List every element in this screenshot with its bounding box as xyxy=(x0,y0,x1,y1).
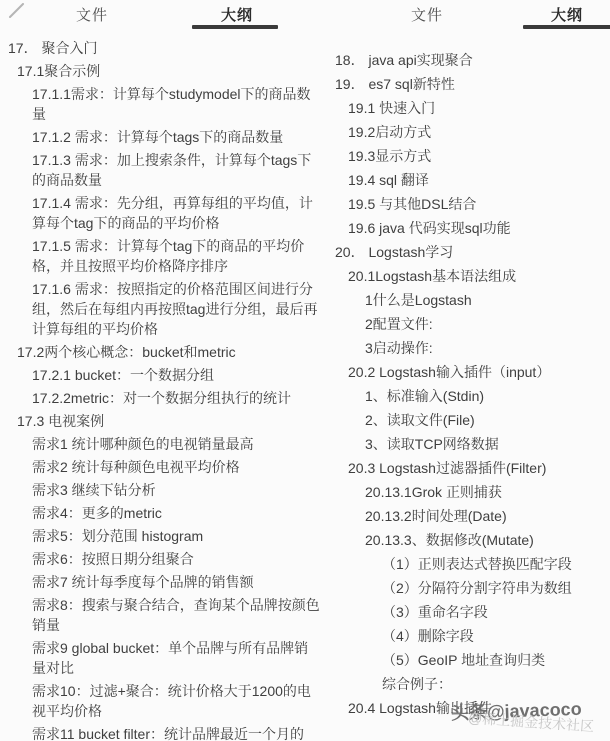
tabbar: 文件 大纲 xyxy=(305,0,610,30)
outline-item[interactable]: 20.13.2时间处理(Date) xyxy=(305,506,610,526)
outline-panel-right: 文件 大纲 18． java api实现聚合19． es7 sql新特性19.1… xyxy=(305,0,610,741)
active-tab-underline xyxy=(523,25,610,29)
outline-item[interactable]: 17.2.2metric：对一个数据分组执行的统计 xyxy=(0,388,320,408)
outline-item[interactable]: （2）分隔符分割字符串为数组 xyxy=(305,578,610,598)
outline-item[interactable]: 3启动操作: xyxy=(305,338,610,358)
outline-item[interactable]: 需求4：更多的metric xyxy=(0,503,320,523)
outline-item[interactable]: 17.3 电视案例 xyxy=(0,411,320,431)
tabbar: 文件 大纲 xyxy=(0,0,320,30)
outline-item[interactable]: 需求6：按照日期分组聚合 xyxy=(0,549,320,569)
outline-item[interactable]: 18． java api实现聚合 xyxy=(305,50,610,70)
outline-item[interactable]: 需求2 统计每种颜色电视平均价格 xyxy=(0,457,320,477)
outline-item[interactable]: （1）正则表达式替换匹配字段 xyxy=(305,554,610,574)
outline-item[interactable]: 需求1 统计哪种颜色的电视销量最高 xyxy=(0,434,320,454)
outline-item[interactable]: 需求5：划分范围 histogram xyxy=(0,526,320,546)
outline-item[interactable]: 2配置文件: xyxy=(305,314,610,334)
outline-item[interactable]: 19.1 快速入门 xyxy=(305,98,610,118)
outline-item[interactable]: 20.4 Logstash输出插件 xyxy=(305,698,610,718)
tab-outline[interactable]: 大纲 xyxy=(221,4,253,25)
outline-item[interactable]: 17.1.3 需求：加上搜索条件，计算每个tags下的商品数量 xyxy=(0,150,320,190)
outline-item[interactable]: 17.1.5 需求：计算每个tag下的商品的平均价格，并且按照平均价格降序排序 xyxy=(0,236,320,276)
outline-item[interactable]: （5）GeoIP 地址查询归类 xyxy=(305,650,610,670)
tab-file[interactable]: 文件 xyxy=(411,4,443,25)
outline-list: 17． 聚合入门17.1聚合示例17.1.1需求：计算每个studymodel下… xyxy=(0,30,320,741)
outline-item[interactable]: （4）删除字段 xyxy=(305,626,610,646)
outline-item[interactable]: 2、读取文件(File) xyxy=(305,410,610,430)
tab-file[interactable]: 文件 xyxy=(76,4,108,25)
tab-outline[interactable]: 大纲 xyxy=(551,4,583,25)
outline-list: 18． java api实现聚合19． es7 sql新特性19.1 快速入门1… xyxy=(305,30,610,718)
outline-item[interactable]: 需求3 继续下钻分析 xyxy=(0,480,320,500)
outline-item[interactable]: 17.2.1 bucket：一个数据分组 xyxy=(0,365,320,385)
outline-item[interactable]: 19.6 java 代码实现sql功能 xyxy=(305,218,610,238)
outline-item[interactable]: 20.1Logstash基本语法组成 xyxy=(305,266,610,286)
outline-item[interactable]: 17． 聚合入门 xyxy=(0,38,320,58)
outline-item[interactable]: 20.13.1Grok 正则捕获 xyxy=(305,482,610,502)
outline-item[interactable]: 需求7 统计每季度每个品牌的销售额 xyxy=(0,572,320,592)
outline-item[interactable]: 需求8：搜索与聚合结合，查询某个品牌按颜色销量 xyxy=(0,595,320,635)
pen-stroke-icon xyxy=(8,3,25,19)
outline-item[interactable]: 17.1.1需求：计算每个studymodel下的商品数量 xyxy=(0,84,320,124)
outline-item[interactable]: 3、读取TCP网络数据 xyxy=(305,434,610,454)
outline-item[interactable]: 20.3 Logstash过滤器插件(Filter) xyxy=(305,458,610,478)
outline-item[interactable]: 20． Logstash学习 xyxy=(305,242,610,262)
outline-item[interactable]: 17.1聚合示例 xyxy=(0,61,320,81)
outline-item[interactable]: 需求10：过滤+聚合：统计价格大于1200的电视平均价格 xyxy=(0,681,320,721)
active-tab-underline xyxy=(192,25,278,29)
outline-item[interactable]: 1、标准输入(Stdin) xyxy=(305,386,610,406)
outline-item[interactable]: 需求9 global bucket：单个品牌与所有品牌销量对比 xyxy=(0,638,320,678)
outline-item[interactable]: 19． es7 sql新特性 xyxy=(305,74,610,94)
outline-item[interactable]: 17.1.4 需求：先分组，再算每组的平均值，计算每个tag下的商品的平均价格 xyxy=(0,193,320,233)
outline-item[interactable]: 19.2启动方式 xyxy=(305,122,610,142)
outline-item[interactable]: 需求11 bucket filter：统计品牌最近一个月的 xyxy=(0,724,320,741)
outline-item[interactable]: 17.1.6 需求：按照指定的价格范围区间进行分组，然后在每组内再按照tag进行… xyxy=(0,279,320,339)
outline-item[interactable]: 综合例子： xyxy=(305,674,610,694)
outline-item[interactable]: 19.3显示方式 xyxy=(305,146,610,166)
outline-item[interactable]: 20.2 Logstash输入插件（input） xyxy=(305,362,610,382)
outline-item[interactable]: 17.2两个核心概念：bucket和metric xyxy=(0,342,320,362)
outline-item[interactable]: 19.5 与其他DSL结合 xyxy=(305,194,610,214)
outline-item[interactable]: 20.13.3、数据修改(Mutate) xyxy=(305,530,610,550)
outline-item[interactable]: 1什么是Logstash xyxy=(305,290,610,310)
outline-panel-left: 文件 大纲 17． 聚合入门17.1聚合示例17.1.1需求：计算每个study… xyxy=(0,0,320,741)
outline-item[interactable]: 19.4 sql 翻译 xyxy=(305,170,610,190)
outline-item[interactable]: 17.1.2 需求：计算每个tags下的商品数量 xyxy=(0,127,320,147)
outline-item[interactable]: （3）重命名字段 xyxy=(305,602,610,622)
